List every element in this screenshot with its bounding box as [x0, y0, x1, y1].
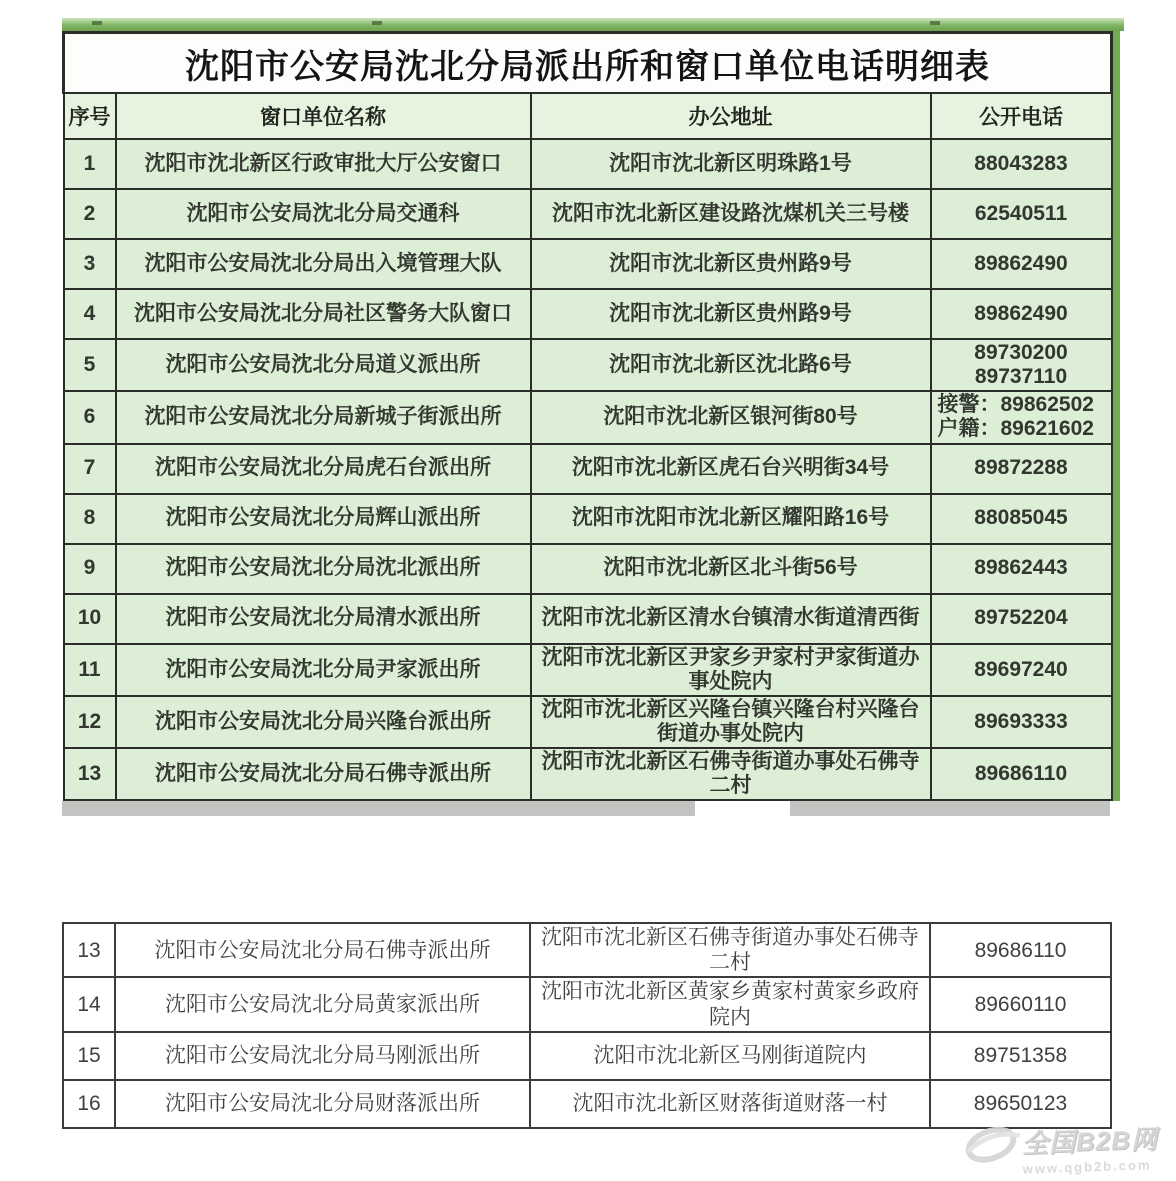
col-header-index: 序号 [64, 93, 116, 139]
phone-directory-table: 沈阳市公安局沈北分局派出所和窗口单位电话明细表 序号 窗口单位名称 办公地址 公… [62, 31, 1120, 801]
table-row: 2沈阳市公安局沈北分局交通科沈阳市沈北新区建设路沈煤机关三号楼62540511 [64, 189, 1112, 239]
address-cell: 沈阳市沈北新区清水台镇清水街道清西街 [531, 594, 931, 644]
address-cell: 沈阳市沈北新区沈北路6号 [531, 339, 931, 391]
address-cell: 沈阳市沈北新区石佛寺街道办事处石佛寺二村 [530, 923, 930, 977]
artifact-mark [92, 21, 102, 25]
unit-name-cell: 沈阳市公安局沈北分局财落派出所 [115, 1080, 530, 1128]
row-number-cell: 6 [64, 391, 116, 443]
phone-line: 89862490 [934, 302, 1109, 326]
address-cell: 沈阳市沈北新区虎石台兴明街34号 [531, 444, 931, 494]
phone-line: 89697240 [934, 658, 1109, 682]
phone-line: 89751358 [933, 1043, 1108, 1068]
phone-line: 89730200 [934, 341, 1109, 365]
phone-cell: 88085045 [931, 494, 1112, 544]
row-number-cell: 13 [63, 923, 115, 977]
row-number-cell: 1 [64, 139, 116, 189]
phone-cell: 89862490 [931, 239, 1112, 289]
address-cell: 沈阳市沈北新区明珠路1号 [531, 139, 931, 189]
unit-name-cell: 沈阳市公安局沈北分局交通科 [116, 189, 531, 239]
unit-name-cell: 沈阳市公安局沈北分局辉山派出所 [116, 494, 531, 544]
unit-name-cell: 沈阳市公安局沈北分局黄家派出所 [115, 977, 530, 1031]
table-header-row: 序号 窗口单位名称 办公地址 公开电话 [64, 93, 1112, 139]
table-row: 3沈阳市公安局沈北分局出入境管理大队沈阳市沈北新区贵州路9号89862490 [64, 239, 1112, 289]
phone-line: 89660110 [933, 992, 1108, 1017]
artifact-mark [372, 21, 382, 25]
phone-cell: 89872288 [931, 444, 1112, 494]
phone-line: 88085045 [934, 506, 1109, 530]
phone-cell: 89751358 [930, 1032, 1111, 1080]
table-row: 8沈阳市公安局沈北分局辉山派出所沈阳市沈阳市沈北新区耀阳路16号88085045 [64, 494, 1112, 544]
phone-line: 89872288 [934, 456, 1109, 480]
unit-name-cell: 沈阳市公安局沈北分局道义派出所 [116, 339, 531, 391]
phone-line: 户籍：89621602 [938, 417, 1109, 441]
unit-name-cell: 沈阳市公安局沈北分局新城子街派出所 [116, 391, 531, 443]
address-cell: 沈阳市沈北新区尹家乡尹家村尹家街道办事处院内 [531, 644, 931, 696]
table-row: 1沈阳市沈北新区行政审批大厅公安窗口沈阳市沈北新区明珠路1号88043283 [64, 139, 1112, 189]
row-number-cell: 2 [64, 189, 116, 239]
phone-line: 89752204 [934, 606, 1109, 630]
table-row: 5沈阳市公安局沈北分局道义派出所沈阳市沈北新区沈北路6号897302008973… [64, 339, 1112, 391]
address-cell: 沈阳市沈北新区石佛寺街道办事处石佛寺二村 [531, 748, 931, 800]
phone-line: 89686110 [934, 762, 1109, 786]
table-title-row: 沈阳市公安局沈北分局派出所和窗口单位电话明细表 [64, 33, 1112, 94]
unit-name-cell: 沈阳市公安局沈北分局社区警务大队窗口 [116, 289, 531, 339]
unit-name-cell: 沈阳市公安局沈北分局石佛寺派出所 [115, 923, 530, 977]
phone-line: 89686110 [933, 938, 1108, 963]
row-number-cell: 3 [64, 239, 116, 289]
phone-line: 接警：89862502 [938, 393, 1109, 417]
phone-line: 89693333 [934, 710, 1109, 734]
phone-cell: 89686110 [930, 923, 1111, 977]
row-number-cell: 12 [64, 696, 116, 748]
table-row: 11沈阳市公安局沈北分局尹家派出所沈阳市沈北新区尹家乡尹家村尹家街道办事处院内8… [64, 644, 1112, 696]
address-cell: 沈阳市沈北新区建设路沈煤机关三号楼 [531, 189, 931, 239]
phone-cell: 88043283 [931, 139, 1112, 189]
unit-name-cell: 沈阳市沈北新区行政审批大厅公安窗口 [116, 139, 531, 189]
unit-name-cell: 沈阳市公安局沈北分局虎石台派出所 [116, 444, 531, 494]
phone-line: 89862490 [934, 252, 1109, 276]
artifact-mark [930, 21, 940, 25]
table-row: 12沈阳市公安局沈北分局兴隆台派出所沈阳市沈北新区兴隆台镇兴隆台村兴隆台街道办事… [64, 696, 1112, 748]
row-number-cell: 8 [64, 494, 116, 544]
unit-name-cell: 沈阳市公安局沈北分局兴隆台派出所 [116, 696, 531, 748]
table-row: 4沈阳市公安局沈北分局社区警务大队窗口沈阳市沈北新区贵州路9号89862490 [64, 289, 1112, 339]
table-row: 14沈阳市公安局沈北分局黄家派出所沈阳市沈北新区黄家乡黄家村黄家乡政府院内896… [63, 977, 1111, 1031]
table-row: 16沈阳市公安局沈北分局财落派出所沈阳市沈北新区财落街道财落一村89650123 [63, 1080, 1111, 1128]
phone-cell: 89862490 [931, 289, 1112, 339]
col-header-unit-name: 窗口单位名称 [116, 93, 531, 139]
table-row: 13沈阳市公安局沈北分局石佛寺派出所沈阳市沈北新区石佛寺街道办事处石佛寺二村89… [63, 923, 1111, 977]
phone-cell: 89862443 [931, 544, 1112, 594]
row-number-cell: 7 [64, 444, 116, 494]
unit-name-cell: 沈阳市公安局沈北分局尹家派出所 [116, 644, 531, 696]
phone-line: 89650123 [933, 1091, 1108, 1116]
phone-cell: 62540511 [931, 189, 1112, 239]
phone-line: 89862443 [934, 556, 1109, 580]
address-cell: 沈阳市沈北新区黄家乡黄家村黄家乡政府院内 [530, 977, 930, 1031]
row-number-cell: 16 [63, 1080, 115, 1128]
col-header-phone: 公开电话 [931, 93, 1112, 139]
table-row: 9沈阳市公安局沈北分局沈北派出所沈阳市沈北新区北斗街56号89862443 [64, 544, 1112, 594]
phone-cell: 8973020089737110 [931, 339, 1112, 391]
row-number-cell: 10 [64, 594, 116, 644]
phone-cell: 89752204 [931, 594, 1112, 644]
page: 沈阳市公安局沈北分局派出所和窗口单位电话明细表 序号 窗口单位名称 办公地址 公… [0, 0, 1176, 1181]
table-row: 13沈阳市公安局沈北分局石佛寺派出所沈阳市沈北新区石佛寺街道办事处石佛寺二村89… [64, 748, 1112, 800]
row-number-cell: 4 [64, 289, 116, 339]
row-number-cell: 5 [64, 339, 116, 391]
row-number-cell: 14 [63, 977, 115, 1031]
scrollbar-artifact [790, 801, 1110, 816]
phone-directory-table-continued: 13沈阳市公安局沈北分局石佛寺派出所沈阳市沈北新区石佛寺街道办事处石佛寺二村89… [62, 922, 1112, 1129]
phone-cell: 89693333 [931, 696, 1112, 748]
phone-cell: 接警：89862502户籍：89621602 [931, 391, 1112, 443]
page-title: 沈阳市公安局沈北分局派出所和窗口单位电话明细表 [64, 33, 1112, 94]
watermark: 全国B2B网 www.qgb2b.com [963, 1114, 1175, 1178]
green-accent-bar [62, 18, 1124, 31]
unit-name-cell: 沈阳市公安局沈北分局石佛寺派出所 [116, 748, 531, 800]
table-row: 15沈阳市公安局沈北分局马刚派出所沈阳市沈北新区马刚街道院内89751358 [63, 1032, 1111, 1080]
table-row: 10沈阳市公安局沈北分局清水派出所沈阳市沈北新区清水台镇清水街道清西街89752… [64, 594, 1112, 644]
scrollbar-artifact [62, 801, 695, 816]
phone-cell: 89697240 [931, 644, 1112, 696]
table-row: 6沈阳市公安局沈北分局新城子街派出所沈阳市沈北新区银河街80号接警：898625… [64, 391, 1112, 443]
row-number-cell: 13 [64, 748, 116, 800]
address-cell: 沈阳市沈北新区马刚街道院内 [530, 1032, 930, 1080]
phone-line: 62540511 [934, 202, 1109, 226]
col-header-address: 办公地址 [531, 93, 931, 139]
address-cell: 沈阳市沈北新区财落街道财落一村 [530, 1080, 930, 1128]
unit-name-cell: 沈阳市公安局沈北分局马刚派出所 [115, 1032, 530, 1080]
address-cell: 沈阳市沈北新区北斗街56号 [531, 544, 931, 594]
row-number-cell: 9 [64, 544, 116, 594]
unit-name-cell: 沈阳市公安局沈北分局清水派出所 [116, 594, 531, 644]
watermark-logo-icon [963, 1120, 1023, 1166]
phone-cell: 89660110 [930, 977, 1111, 1031]
row-number-cell: 11 [64, 644, 116, 696]
address-cell: 沈阳市沈阳市沈北新区耀阳路16号 [531, 494, 931, 544]
address-cell: 沈阳市沈北新区贵州路9号 [531, 289, 931, 339]
row-number-cell: 15 [63, 1032, 115, 1080]
phone-cell: 89686110 [931, 748, 1112, 800]
watermark-site-name: 全国B2B网 [1021, 1118, 1158, 1160]
phone-line: 89737110 [934, 365, 1109, 389]
address-cell: 沈阳市沈北新区兴隆台镇兴隆台村兴隆台街道办事处院内 [531, 696, 931, 748]
unit-name-cell: 沈阳市公安局沈北分局沈北派出所 [116, 544, 531, 594]
address-cell: 沈阳市沈北新区贵州路9号 [531, 239, 931, 289]
phone-line: 88043283 [934, 152, 1109, 176]
table-row: 7沈阳市公安局沈北分局虎石台派出所沈阳市沈北新区虎石台兴明街34号8987228… [64, 444, 1112, 494]
address-cell: 沈阳市沈北新区银河街80号 [531, 391, 931, 443]
unit-name-cell: 沈阳市公安局沈北分局出入境管理大队 [116, 239, 531, 289]
